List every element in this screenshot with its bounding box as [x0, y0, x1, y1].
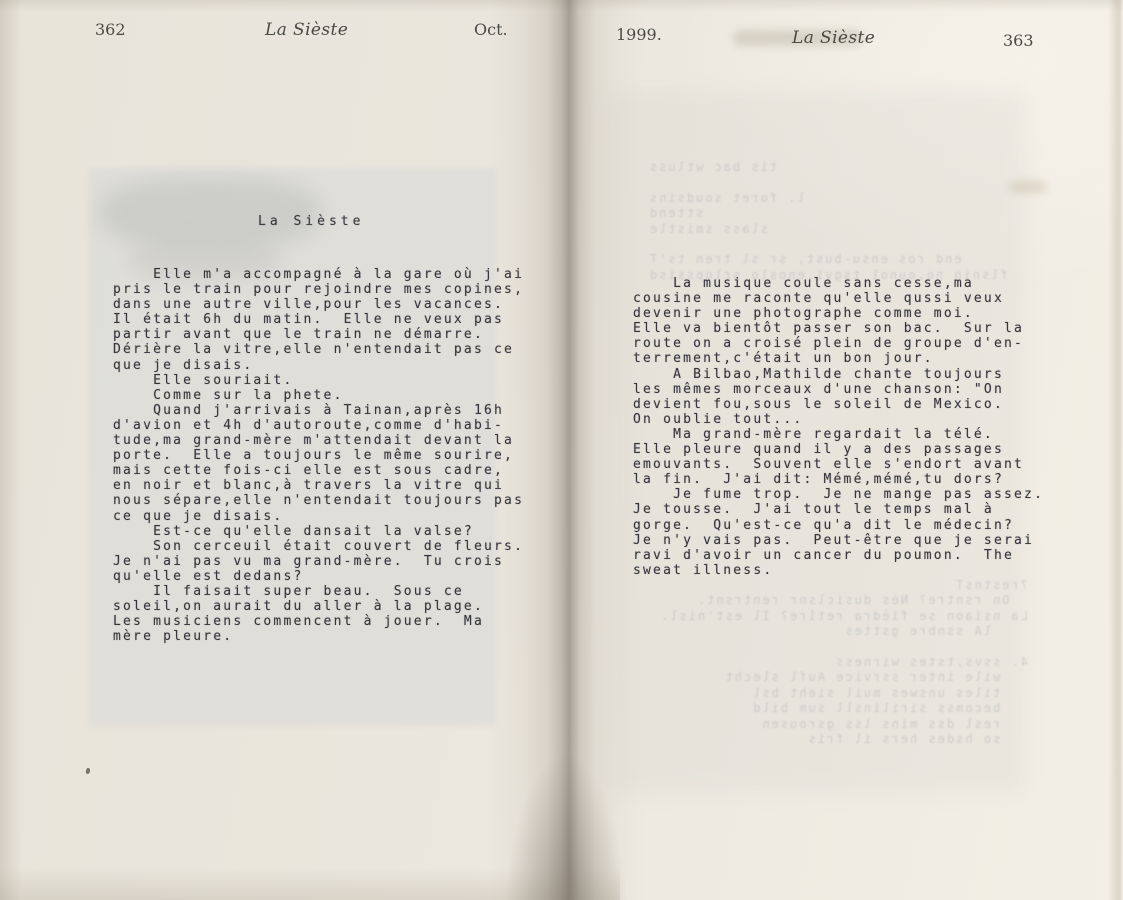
text-line: ?restnsT — [638, 578, 1028, 593]
left-edge-shadow — [0, 0, 22, 900]
right-running-title: La Sièste — [792, 28, 875, 48]
text-line: Il était 6h du matin. Elle ne veux pas — [113, 312, 524, 327]
text-line: que je disais. — [113, 358, 524, 373]
text-line: mère pleure. — [113, 629, 524, 644]
bleed-through-text-bottom: ?restnsT On rsntre? Nés dusiclsnr rentrs… — [638, 578, 1028, 747]
right-header-year: 1999. — [616, 25, 662, 44]
text-line: nous sépare,elle n'entendait toujours pa… — [113, 493, 524, 508]
text-line: emouvants. Souvent elle s'endort avant — [633, 457, 1044, 472]
text-line — [638, 640, 1028, 655]
text-line: Est-ce qu'elle dansait la valse? — [113, 524, 524, 539]
right-page-body: La musique coule sans cesse,macousine me… — [633, 276, 1044, 578]
text-line: terrement,c'était un bon jour. — [633, 351, 1044, 366]
text-line: Elle souriait. — [113, 373, 524, 388]
text-line: tude,ma grand-mère m'attendait devant la — [113, 433, 524, 448]
text-line: qu'elle est dedans? — [113, 569, 524, 584]
right-page-number: 363 — [1003, 31, 1034, 50]
top-edge-shadow — [0, 0, 1123, 12]
text-line: Son cerceuil était couvert de fleurs. — [113, 539, 524, 554]
text-line: pris le train pour rejoindre mes copines… — [113, 282, 524, 297]
left-page-body: Elle m'a accompagné à la gare où j'aipri… — [113, 267, 524, 644]
text-line: Quand j'arrivais à Tainan,après 16h — [113, 403, 524, 418]
left-page-number: 362 — [95, 20, 126, 39]
text-line — [648, 175, 1028, 190]
text-line: Dérière la vitre,elle n'entendait pas ce — [113, 342, 524, 357]
text-line: A Bilbao,Mathilde chante toujours — [633, 367, 1044, 382]
text-line: becomss sirilinsll sum bild — [638, 701, 1028, 716]
text-line: La musique coule sans cesse,ma — [633, 276, 1044, 291]
ink-speck — [85, 767, 91, 774]
text-line: la fin. J'ai dit: Mémé,mémé,tu dors? — [633, 472, 1044, 487]
text-line: wile inter ssrvice Aufl slecht — [638, 670, 1028, 685]
bleed-smudge — [100, 178, 320, 248]
text-line: Il faisait super beau. Sous ce — [113, 584, 524, 599]
text-line: en noir et blanc,à travers la vitre qui — [113, 478, 524, 493]
text-line: cousine me raconte qu'elle qussi veux — [633, 291, 1044, 306]
text-line: sweat illness. — [633, 563, 1044, 578]
text-line: end ros ensu-bust, sr sl tren ts'T — [648, 252, 1028, 267]
text-line: d'avion et 4h d'autoroute,comme d'habi- — [113, 418, 524, 433]
text-line: dans une autre ville,pour les vacances. — [113, 297, 524, 312]
text-line: porte. Elle a toujours le même sourire, — [113, 448, 524, 463]
text-line: Je fume trop. Je ne mange pas assez. — [633, 487, 1044, 502]
text-line: Elle va bientôt passer son bac. Sur la — [633, 321, 1044, 336]
text-line: Elle m'a accompagné à la gare où j'ai — [113, 267, 524, 282]
text-line: partir avant que le train ne démarre. — [113, 327, 524, 342]
text-line: lA ssnbre gsttes — [638, 624, 1028, 639]
text-line: so hsdes hers il fris — [638, 732, 1028, 747]
text-line: Elle pleure quand il y a des passages — [633, 442, 1044, 457]
bottom-edge-shadow — [0, 868, 620, 900]
text-line: soleil,on aurait du aller à la plage. — [113, 599, 524, 614]
text-line: mais cette fois-ci elle est sous cadre, — [113, 463, 524, 478]
text-line: Ma grand-mère regardait la télé. — [633, 427, 1044, 442]
text-line: l. foret soudsins — [648, 191, 1028, 206]
text-line: gorge. Qu'est-ce qu'a dit le médecin? — [633, 518, 1044, 533]
text-line: tis bac wtluss — [648, 160, 1028, 175]
text-line: On rsntre? Nés dusiclsnr rentrsnt. — [638, 593, 1028, 608]
text-line: On oublie tout... — [633, 412, 1044, 427]
text-line: sttend — [648, 206, 1028, 221]
text-line: les mêmes morceaux d'une chanson: "On — [633, 382, 1044, 397]
book-spread: tis bac wtluss l. foret soudsinssttendsl… — [0, 0, 1123, 900]
text-line: resl dss mins lss gsrousen — [638, 717, 1028, 732]
text-line: Comme sur la phete. — [113, 388, 524, 403]
text-line: Je n'y vais pas. Peut-être que je serai — [633, 533, 1044, 548]
text-line: Je n'ai pas vu ma grand-mère. Tu crois — [113, 554, 524, 569]
text-line: ce que je disais. — [113, 509, 524, 524]
text-line: La nsiaon se fièdra retîre? Il est'nisl. — [638, 609, 1028, 624]
left-header-month: Oct. — [474, 20, 508, 39]
right-edge-shadow — [1108, 0, 1123, 900]
text-line: devient fou,sous le soleil de Mexico. — [633, 397, 1044, 412]
text-line: tiles unswes muil sieht bsl — [638, 686, 1028, 701]
text-line: Les musiciens commencent à jouer. Ma — [113, 614, 524, 629]
text-line: slass smistle — [648, 222, 1028, 237]
text-line: ravi d'avoir un cancer du poumon. The — [633, 548, 1044, 563]
text-line — [648, 237, 1028, 252]
text-line: 4. ssvs,tstes wirness — [638, 655, 1028, 670]
bleed-through-text-top: tis bac wtluss l. foret soudsinssttendsl… — [648, 160, 1028, 283]
text-line: route on a croisé plein de groupe d'en- — [633, 336, 1044, 351]
text-line: devenir une photographe comme moi. — [633, 306, 1044, 321]
text-line: Je tousse. J'ai tout le temps mal à — [633, 502, 1044, 517]
story-title: La Sièste — [258, 214, 364, 229]
left-running-title: La Sièste — [265, 20, 348, 40]
